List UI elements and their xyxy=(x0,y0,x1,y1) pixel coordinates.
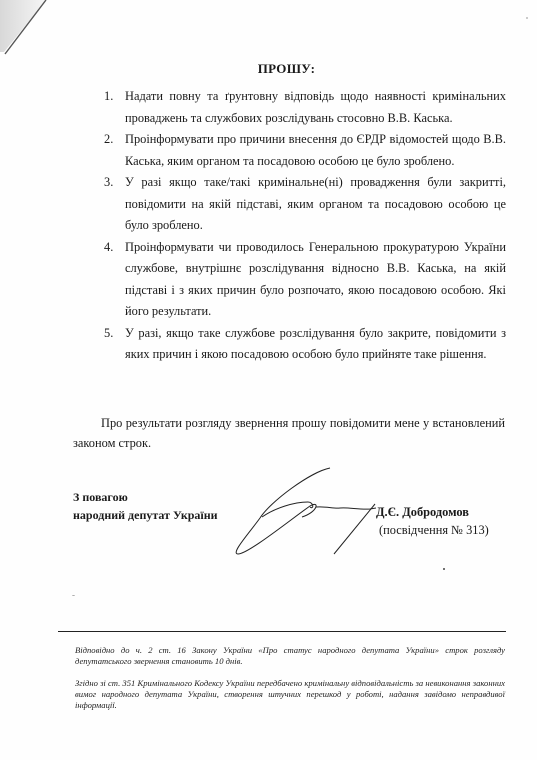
request-item: 3. У разі якщо таке/такі кримінальне(ні)… xyxy=(104,172,506,237)
signoff-title: народний депутат України xyxy=(73,506,218,524)
request-number: 3. xyxy=(104,172,113,194)
request-number: 5. xyxy=(104,323,113,345)
request-text: Проінформувати чи проводилось Генерально… xyxy=(125,240,506,319)
request-number: 4. xyxy=(104,237,113,259)
footnote-criminal-liability: Згідно зі ст. 351 Кримінального Кодексу … xyxy=(75,678,505,711)
scan-speck xyxy=(72,595,75,596)
request-text: Проінформувати про причини внесення до Є… xyxy=(125,132,506,168)
folded-corner-shadow xyxy=(0,0,60,58)
request-item: 4. Проінформувати чи проводилось Генерал… xyxy=(104,237,506,323)
signoff-greeting: З повагою xyxy=(73,488,218,506)
footnote-divider xyxy=(58,631,506,632)
request-item: 2. Проінформувати про причини внесення д… xyxy=(104,129,506,172)
closing-paragraph: Про результати розгляду звернення прошу … xyxy=(73,413,505,453)
request-list: 1. Надати повну та ґрунтовну відповідь щ… xyxy=(104,86,506,366)
footnote-response-deadline: Відповідно до ч. 2 ст. 16 Закону України… xyxy=(75,645,505,667)
request-text: Надати повну та ґрунтовну відповідь щодо… xyxy=(125,89,506,125)
signer-block: Д.Є. Добродомов (посвідчення № 313) xyxy=(376,503,489,539)
scanned-page: ПРОШУ: 1. Надати повну та ґрунтовну відп… xyxy=(0,0,537,760)
request-number: 2. xyxy=(104,129,113,151)
signer-certificate: (посвідчення № 313) xyxy=(376,521,489,539)
request-item: 1. Надати повну та ґрунтовну відповідь щ… xyxy=(104,86,506,129)
signer-name: Д.Є. Добродомов xyxy=(376,503,489,521)
scan-speck xyxy=(443,568,445,570)
signoff-block: З повагою народний депутат України xyxy=(73,488,218,524)
scan-speck xyxy=(526,17,528,19)
request-number: 1. xyxy=(104,86,113,108)
request-heading: ПРОШУ: xyxy=(0,61,537,77)
request-text: У разі, якщо таке службове розслідування… xyxy=(125,326,506,362)
footnotes: Відповідно до ч. 2 ст. 16 Закону України… xyxy=(75,645,505,711)
request-item: 5. У разі, якщо таке службове розслідува… xyxy=(104,323,506,366)
request-text: У разі якщо таке/такі кримінальне(ні) пр… xyxy=(125,175,506,232)
handwritten-signature xyxy=(230,462,390,562)
